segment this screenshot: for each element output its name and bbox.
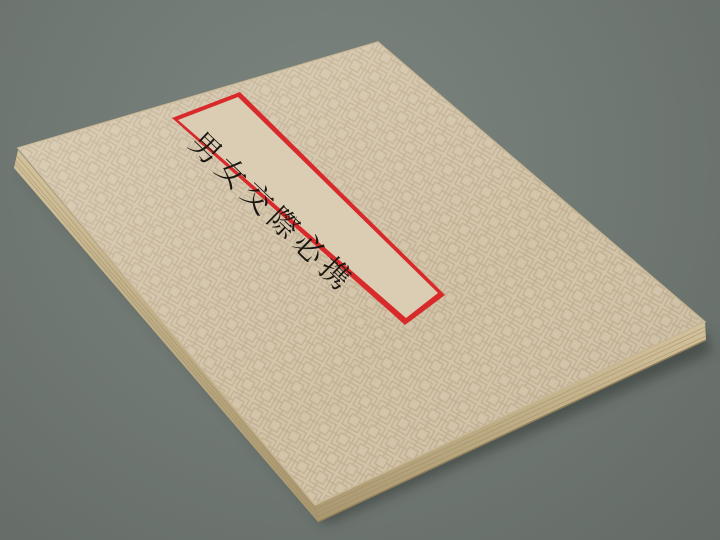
photo-scene: 男女交際必携	[0, 0, 720, 540]
